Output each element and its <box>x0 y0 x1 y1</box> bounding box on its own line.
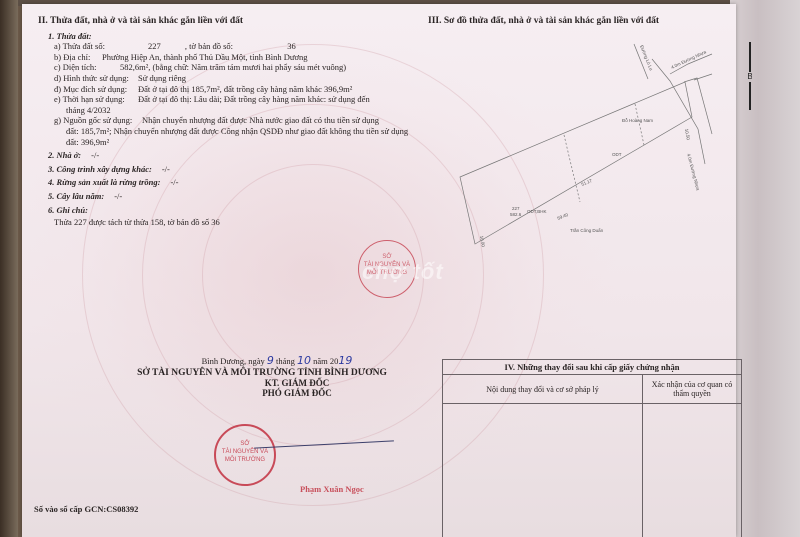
signature-block: Bình Dương, ngày 9 tháng 10 năm 2019 SỞ … <box>102 354 422 398</box>
construction-item: 3. Công trình xây dựng khác:-/- <box>48 164 416 175</box>
area-row: c) Diện tích: 582,6m², (bằng chữ: Năm tr… <box>54 62 416 73</box>
term-continued: tháng 4/2032 <box>66 105 416 116</box>
area-label: c) Diện tích: <box>54 62 120 73</box>
term-row: e) Thời hạn sử dụng: Đất ở tại đô thị: L… <box>54 94 416 105</box>
year-label: năm 20 <box>313 356 338 366</box>
parcel-map: B Đỗ Hoàng Nam 51.17 ODT 227 582.6 ODT,B… <box>422 14 752 344</box>
official-stamp: SỞ TÀI NGUYÊN VÀ MÔI TRƯỜNG <box>214 424 276 486</box>
origin-row: g) Nguồn gốc sử dụng: Nhận chuyển nhượng… <box>54 115 416 126</box>
use-form-label: d) Hình thức sử dụng: <box>54 73 138 84</box>
month-value: 10 <box>297 354 311 367</box>
address-value: Phường Hiệp An, thành phố Thủ Dầu Một, t… <box>102 52 416 63</box>
parcel-area-map: 582.6 <box>510 212 522 217</box>
section-iii: III. Sơ đồ thửa đất, nhà ở và tài sản kh… <box>422 14 732 344</box>
forest-value: -/- <box>170 177 178 187</box>
parcel-value: 227 , tờ bản đồ số: 36 <box>132 41 416 52</box>
use-form-row: d) Hình thức sử dụng: Sử dụng riêng <box>54 73 416 84</box>
address-row: b) Địa chỉ: Phường Hiệp An, thành phố Th… <box>54 52 416 63</box>
address-label: b) Địa chỉ: <box>54 52 102 63</box>
perennial-label: 5. Cây lâu năm: <box>48 191 104 201</box>
photo-edge-left <box>0 0 18 537</box>
certificate-page: II. Thửa đất, nhà ở và tài sản khác gắn … <box>22 4 736 537</box>
changes-col-content: Nội dung thay đổi và cơ sở pháp lý <box>443 375 643 537</box>
section-ii-title: II. Thửa đất, nhà ở và tài sản khác gắn … <box>38 16 416 27</box>
section-iv-title: IV. Những thay đổi sau khi cấp giấy chứn… <box>443 360 741 375</box>
changes-columns: Nội dung thay đổi và cơ sở pháp lý Xác n… <box>443 375 741 537</box>
col-header-content: Nội dung thay đổi và cơ sở pháp lý <box>443 375 642 404</box>
purpose-row: đ) Mục đích sử dụng: Đất ở tại đô thị 18… <box>54 84 416 95</box>
parcel-no: 227 <box>148 41 161 51</box>
road-top: Đường Lò Lu <box>639 45 654 72</box>
perennial-item: 5. Cây lâu năm:-/- <box>48 191 416 202</box>
stamp-text: MÔI TRƯỜNG <box>216 456 274 464</box>
land-code-map: ODT,BHK <box>527 209 547 214</box>
deputy-director: PHÓ GIÁM ĐỐC <box>172 388 422 398</box>
section-iv-table: IV. Những thay đổi sau khi cấp giấy chứn… <box>442 359 742 537</box>
issuing-org: SỞ TÀI NGUYÊN VÀ MÔI TRƯỜNG TỈNH BÌNH DƯ… <box>102 368 422 378</box>
origin-continued: đất: 185,7m²; Nhận chuyển nhượng đất đượ… <box>66 126 416 147</box>
side-left: 10.00 <box>479 235 486 247</box>
parcel-no-map: 227 <box>512 206 520 211</box>
gcn-number: Số vào sổ cấp GCN:CS08392 <box>34 504 138 514</box>
side-top: 51.17 <box>581 178 594 187</box>
month-label: tháng <box>276 356 295 366</box>
kt-director: KT. GIÁM ĐỐC <box>172 378 422 388</box>
notes-text: Thửa 227 được tách từ thửa 158, tờ bản đ… <box>54 217 416 228</box>
forest-item: 4. Rừng sản xuất là rừng trồng:-/- <box>48 177 416 188</box>
changes-col-confirm: Xác nhận của cơ quan có thẩm quyền <box>643 375 741 537</box>
watermark: chợ tốt <box>362 259 444 285</box>
map-sheet-no: 36 <box>287 41 296 51</box>
stamp-text: TÀI NGUYÊN VÀ <box>216 448 274 456</box>
parcel-label: a) Thửa đất số: <box>54 41 132 52</box>
construction-label: 3. Công trình xây dựng khác: <box>48 164 152 174</box>
map-sheet-label: , tờ bản đồ số: <box>185 41 233 51</box>
house-item: 2. Nhà ở:-/- <box>48 150 416 161</box>
place-label: Bình Dương, ngày <box>202 356 265 366</box>
side-bottom: 59.40 <box>557 212 570 221</box>
road-right-top: 4.0m Đường Nhựa <box>670 49 707 70</box>
origin-label: g) Nguồn gốc sử dụng: <box>54 115 142 126</box>
section-ii: II. Thửa đất, nhà ở và tài sản khác gắn … <box>36 14 416 228</box>
purpose-label: đ) Mục đích sử dụng: <box>54 84 138 95</box>
land-code-east: ODT <box>612 152 622 157</box>
area-value: 582,6m², (bằng chữ: Năm trăm tám mươi ha… <box>120 62 416 73</box>
neighbor-south: Trần Công Duẩn <box>570 227 604 233</box>
construction-value: -/- <box>162 164 170 174</box>
north-arrow-label: B <box>747 72 752 81</box>
side-right: 10.50 <box>684 128 691 140</box>
notes-title: 6. Ghi chú: <box>48 205 416 216</box>
house-label: 2. Nhà ở: <box>48 150 81 160</box>
signer-name: Phạm Xuân Ngọc <box>300 484 364 494</box>
use-form-value: Sử dụng riêng <box>138 73 416 84</box>
house-value: -/- <box>91 150 99 160</box>
perennial-value: -/- <box>114 191 122 201</box>
signing-date: Bình Dương, ngày 9 tháng 10 năm 2019 <box>132 354 422 367</box>
purpose-value: Đất ở tại đô thị 185,7m², đất trồng cây … <box>138 84 416 95</box>
col-header-confirm: Xác nhận của cơ quan có thẩm quyền <box>643 375 741 404</box>
term-value: Đất ở tại đô thị: Lâu dài; Đất trồng cây… <box>138 94 416 105</box>
day-value: 9 <box>267 354 274 367</box>
parcel-row: a) Thửa đất số: 227 , tờ bản đồ số: 36 <box>54 41 416 52</box>
road-right: 4.0m Đường Nhựa <box>686 153 701 191</box>
neighbor-north: Đỗ Hoàng Nam <box>622 117 653 123</box>
term-label: e) Thời hạn sử dụng: <box>54 94 138 105</box>
land-title: 1. Thửa đất: <box>48 31 416 42</box>
forest-label: 4. Rừng sản xuất là rừng trồng: <box>48 177 160 187</box>
origin-value: Nhận chuyển nhượng đất được Nhà nước gia… <box>142 115 416 126</box>
year-value: 19 <box>338 354 352 367</box>
